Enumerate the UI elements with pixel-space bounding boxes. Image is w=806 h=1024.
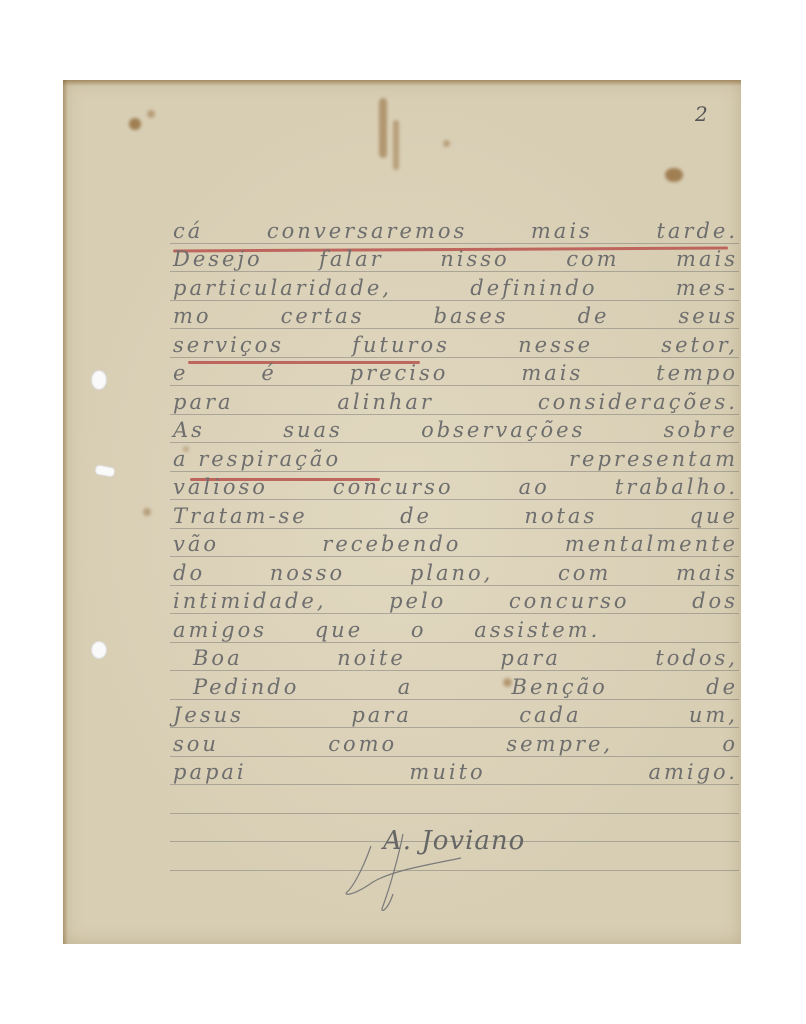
signature: A. Joviano — [353, 826, 495, 856]
stain — [143, 508, 151, 516]
text-line: Jesus para cada um, — [173, 699, 738, 727]
text-line: vão recebendo mentalmente — [173, 528, 738, 556]
text-line: As suas observações sobre — [173, 414, 738, 442]
text-line: Desejo falar nisso com mais — [173, 243, 738, 271]
punch-hole — [91, 370, 107, 390]
text-line: a respiração representam — [173, 443, 738, 471]
text-line: intimidade, pelo concurso dos — [173, 585, 738, 613]
text-line: sou como sempre, o — [173, 728, 738, 756]
stain — [379, 98, 387, 158]
text-line: valioso concurso ao trabalho. — [173, 471, 738, 499]
text-line: Pedindo a Benção de — [193, 671, 738, 699]
page-left-edge — [63, 80, 68, 944]
text-line: papai muito amigo. — [173, 756, 738, 784]
text-line: Boa noite para todos, — [193, 642, 738, 670]
stain — [129, 118, 141, 130]
text-line: mo certas bases de seus — [173, 300, 738, 328]
stain — [665, 168, 683, 182]
stain — [443, 140, 450, 147]
stain — [393, 120, 399, 170]
punch-hole — [94, 464, 115, 477]
text-line: Tratam-se de notas que — [173, 500, 738, 528]
text-line: cá conversaremos mais tarde. — [173, 215, 738, 243]
text-line: do nosso plano, com mais — [173, 557, 738, 585]
text-line: amigos que o assistem. — [173, 614, 738, 642]
text-line: particularidade, definindo mes- — [173, 272, 738, 300]
punch-hole — [91, 641, 107, 659]
text-line: e é preciso mais tempo — [173, 357, 738, 385]
text-line: serviços futuros nesse setor, — [173, 329, 738, 357]
page-top-edge — [63, 80, 741, 86]
ruled-line — [170, 784, 739, 785]
letter-page: 2 cá conversaremos mais tarde. Desejo fa… — [63, 80, 741, 944]
stain — [147, 110, 155, 118]
ruled-line — [170, 813, 739, 814]
text-line: para alinhar considerações. — [173, 386, 738, 414]
page-number: 2 — [695, 102, 708, 126]
